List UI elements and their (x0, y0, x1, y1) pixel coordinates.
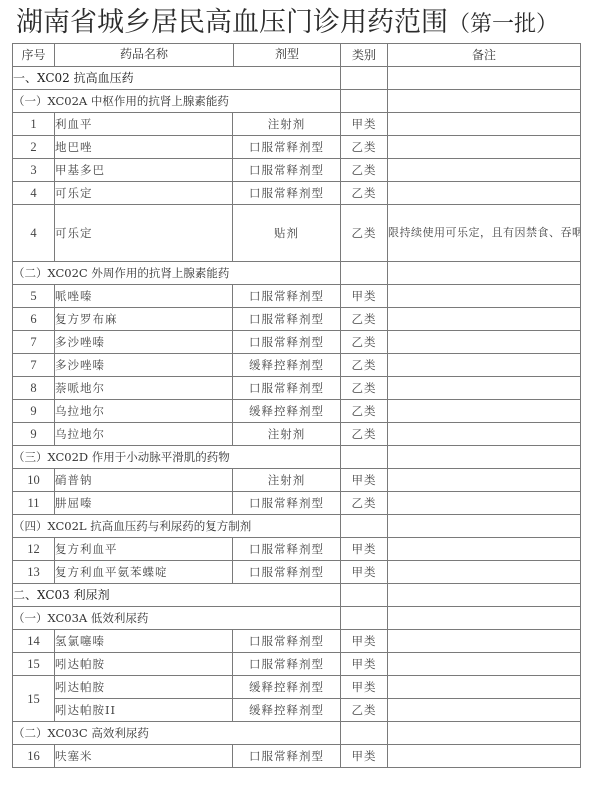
table-row: 16 呋塞米 口服常释剂型 甲类 (13, 745, 581, 768)
cell-form: 口服常释剂型 (233, 377, 341, 400)
empty-cell (388, 90, 581, 113)
table-row: 1 利血平 注射剂 甲类 (13, 113, 581, 136)
header-name: 药品名称 (55, 44, 234, 66)
cell-note (388, 676, 581, 699)
table-row: 6 复方罗布麻 口服常释剂型 乙类 (13, 308, 581, 331)
empty-cell (341, 722, 388, 745)
subsection-row: （四）XC02L 抗高血压药与利尿药的复方制剂 (13, 515, 581, 538)
cell-note (388, 113, 581, 136)
empty-cell (388, 515, 581, 538)
header-name-form: 药品名称 剂型 (55, 44, 341, 67)
cell-class: 乙类 (341, 423, 388, 446)
cell-note (388, 182, 581, 205)
cell-name: 吲达帕胺 (55, 653, 233, 676)
cell-note (388, 630, 581, 653)
cell-class: 乙类 (341, 205, 388, 262)
cell-class: 甲类 (341, 676, 388, 699)
table-row: 4 可乐定 贴剂 乙类 限持续使用可乐定，且有因禁食、吞咽困难等无法使用可乐定口… (13, 205, 581, 262)
cell-note (388, 400, 581, 423)
table-header-row: 序号 药品名称 剂型 类别 备注 (13, 44, 581, 67)
table-row: 9 乌拉地尔 注射剂 乙类 (13, 423, 581, 446)
subsection-row: （一）XC02A 中枢作用的抗肾上腺素能药 (13, 90, 581, 113)
cell-note (388, 469, 581, 492)
table-row: 11 肼屈嗪 口服常释剂型 乙类 (13, 492, 581, 515)
table-row: 13 复方利血平氨苯蝶啶 口服常释剂型 甲类 (13, 561, 581, 584)
drug-table: 序号 药品名称 剂型 类别 备注 一、XC02 抗高血压药 （一）XC02A 中… (12, 43, 581, 768)
cell-note (388, 159, 581, 182)
section-row: 一、XC02 抗高血压药 (13, 67, 581, 90)
cell-name: 乌拉地尔 (55, 423, 233, 446)
subsection-label: （三）XC02D 作用于小动脉平滑肌的药物 (13, 446, 341, 469)
cell-no: 9 (13, 400, 55, 423)
cell-class: 甲类 (341, 630, 388, 653)
cell-form: 口服常释剂型 (233, 308, 341, 331)
cell-class: 甲类 (341, 113, 388, 136)
cell-form: 注射剂 (233, 423, 341, 446)
cell-no: 15 (13, 676, 55, 722)
cell-form: 注射剂 (233, 113, 341, 136)
cell-form: 口服常释剂型 (233, 561, 341, 584)
cell-no: 12 (13, 538, 55, 561)
cell-note (388, 285, 581, 308)
subsection-row: （二）XC03C 高效利尿药 (13, 722, 581, 745)
cell-form: 口服常释剂型 (233, 653, 341, 676)
empty-cell (341, 67, 388, 90)
subsection-label: （二）XC02C 外周作用的抗肾上腺素能药 (13, 262, 341, 285)
cell-note (388, 492, 581, 515)
cell-name: 可乐定 (55, 205, 233, 262)
cell-no: 3 (13, 159, 55, 182)
cell-class: 乙类 (341, 331, 388, 354)
cell-name: 利血平 (55, 113, 233, 136)
cell-name: 乌拉地尔 (55, 400, 233, 423)
cell-note (388, 745, 581, 768)
cell-name: 肼屈嗪 (55, 492, 233, 515)
cell-form: 缓释控释剂型 (233, 400, 341, 423)
page-title: 湖南省城乡居民高血压门诊用药范围（第一批） (16, 5, 596, 41)
cell-note (388, 308, 581, 331)
cell-name: 呋塞米 (55, 745, 233, 768)
empty-cell (388, 584, 581, 607)
empty-cell (341, 515, 388, 538)
cell-class: 乙类 (341, 182, 388, 205)
cell-no: 4 (13, 205, 55, 262)
empty-cell (388, 607, 581, 630)
cell-class: 乙类 (341, 159, 388, 182)
header-class: 类别 (341, 44, 388, 67)
subsection-label: （四）XC02L 抗高血压药与利尿药的复方制剂 (13, 515, 341, 538)
subsection-label: （一）XC02A 中枢作用的抗肾上腺素能药 (13, 90, 341, 113)
section-row: 二、XC03 利尿剂 (13, 584, 581, 607)
cell-note (388, 331, 581, 354)
table-row: 5 哌唑嗪 口服常释剂型 甲类 (13, 285, 581, 308)
cell-name: 哌唑嗪 (55, 285, 233, 308)
cell-name: 吲达帕胺 (55, 676, 233, 699)
header-no: 序号 (13, 44, 55, 67)
cell-name: 复方利血平 (55, 538, 233, 561)
section-label: 一、XC02 抗高血压药 (13, 67, 341, 90)
cell-note (388, 136, 581, 159)
subsection-row: （三）XC02D 作用于小动脉平滑肌的药物 (13, 446, 581, 469)
cell-form: 注射剂 (233, 469, 341, 492)
cell-note: 限持续使用可乐定，且有因禁食、吞咽困难等无法使用可乐定口服制剂的患者 (388, 205, 581, 262)
cell-note (388, 423, 581, 446)
cell-note (388, 561, 581, 584)
cell-form: 缓释控释剂型 (233, 354, 341, 377)
cell-no: 10 (13, 469, 55, 492)
cell-form: 口服常释剂型 (233, 331, 341, 354)
cell-class: 甲类 (341, 653, 388, 676)
cell-class: 乙类 (341, 136, 388, 159)
cell-note (388, 377, 581, 400)
cell-no: 1 (13, 113, 55, 136)
empty-cell (388, 67, 581, 90)
cell-class: 乙类 (341, 354, 388, 377)
cell-name: 可乐定 (55, 182, 233, 205)
cell-name: 地巴唑 (55, 136, 233, 159)
title-suffix: （第一批） (448, 12, 558, 37)
cell-no: 13 (13, 561, 55, 584)
cell-class: 甲类 (341, 745, 388, 768)
cell-class: 甲类 (341, 469, 388, 492)
table-row: 15 吲达帕胺 口服常释剂型 甲类 (13, 653, 581, 676)
cell-class: 甲类 (341, 285, 388, 308)
cell-class: 甲类 (341, 561, 388, 584)
cell-name: 硝普钠 (55, 469, 233, 492)
cell-name: 氢氯噻嗪 (55, 630, 233, 653)
cell-no: 16 (13, 745, 55, 768)
cell-form: 口服常释剂型 (233, 492, 341, 515)
subsection-label: （一）XC03A 低效利尿药 (13, 607, 341, 630)
empty-cell (388, 722, 581, 745)
cell-note (388, 538, 581, 561)
cell-class: 甲类 (341, 538, 388, 561)
subsection-row: （二）XC02C 外周作用的抗肾上腺素能药 (13, 262, 581, 285)
cell-name: 甲基多巴 (55, 159, 233, 182)
cell-no: 6 (13, 308, 55, 331)
table-row: 2 地巴唑 口服常释剂型 乙类 (13, 136, 581, 159)
cell-note (388, 653, 581, 676)
table-row: 10 硝普钠 注射剂 甲类 (13, 469, 581, 492)
cell-name: 多沙唑嗪 (55, 331, 233, 354)
cell-form: 口服常释剂型 (233, 538, 341, 561)
cell-form: 口服常释剂型 (233, 159, 341, 182)
cell-form: 口服常释剂型 (233, 285, 341, 308)
empty-cell (388, 262, 581, 285)
cell-no: 4 (13, 182, 55, 205)
section-label: 二、XC03 利尿剂 (13, 584, 341, 607)
empty-cell (388, 446, 581, 469)
table-row: 14 氢氯噻嗪 口服常释剂型 甲类 (13, 630, 581, 653)
cell-form: 贴剂 (233, 205, 341, 262)
table-row: 9 乌拉地尔 缓释控释剂型 乙类 (13, 400, 581, 423)
subsection-label: （二）XC03C 高效利尿药 (13, 722, 341, 745)
cell-no: 2 (13, 136, 55, 159)
header-form: 剂型 (234, 44, 340, 66)
cell-note (388, 699, 581, 722)
empty-cell (341, 262, 388, 285)
cell-no: 5 (13, 285, 55, 308)
table-row: 吲达帕胺II 缓释控释剂型 乙类 (13, 699, 581, 722)
cell-no: 11 (13, 492, 55, 515)
cell-no: 14 (13, 630, 55, 653)
table-row: 3 甲基多巴 口服常释剂型 乙类 (13, 159, 581, 182)
cell-class: 乙类 (341, 377, 388, 400)
cell-form: 缓释控释剂型 (233, 676, 341, 699)
empty-cell (341, 584, 388, 607)
empty-cell (341, 90, 388, 113)
cell-no: 8 (13, 377, 55, 400)
cell-class: 乙类 (341, 699, 388, 722)
cell-form: 口服常释剂型 (233, 136, 341, 159)
title-main: 湖南省城乡居民高血压门诊用药范围 (16, 7, 448, 38)
cell-class: 乙类 (341, 492, 388, 515)
cell-form: 口服常释剂型 (233, 182, 341, 205)
cell-note (388, 354, 581, 377)
table-row: 12 复方利血平 口服常释剂型 甲类 (13, 538, 581, 561)
cell-name: 多沙唑嗪 (55, 354, 233, 377)
cell-name: 萘哌地尔 (55, 377, 233, 400)
table-row: 8 萘哌地尔 口服常释剂型 乙类 (13, 377, 581, 400)
empty-cell (341, 446, 388, 469)
cell-form: 缓释控释剂型 (233, 699, 341, 722)
table-row: 7 多沙唑嗪 缓释控释剂型 乙类 (13, 354, 581, 377)
cell-name: 复方利血平氨苯蝶啶 (55, 561, 233, 584)
cell-form: 口服常释剂型 (233, 630, 341, 653)
header-note: 备注 (388, 44, 581, 67)
cell-form: 口服常释剂型 (233, 745, 341, 768)
cell-no: 9 (13, 423, 55, 446)
cell-class: 乙类 (341, 400, 388, 423)
cell-name: 吲达帕胺II (55, 699, 233, 722)
empty-cell (341, 607, 388, 630)
subsection-row: （一）XC03A 低效利尿药 (13, 607, 581, 630)
table-row: 7 多沙唑嗪 口服常释剂型 乙类 (13, 331, 581, 354)
cell-no: 7 (13, 354, 55, 377)
table-row: 15 吲达帕胺 缓释控释剂型 甲类 (13, 676, 581, 699)
cell-name: 复方罗布麻 (55, 308, 233, 331)
cell-class: 乙类 (341, 308, 388, 331)
table-row: 4 可乐定 口服常释剂型 乙类 (13, 182, 581, 205)
cell-no: 15 (13, 653, 55, 676)
cell-no: 7 (13, 331, 55, 354)
